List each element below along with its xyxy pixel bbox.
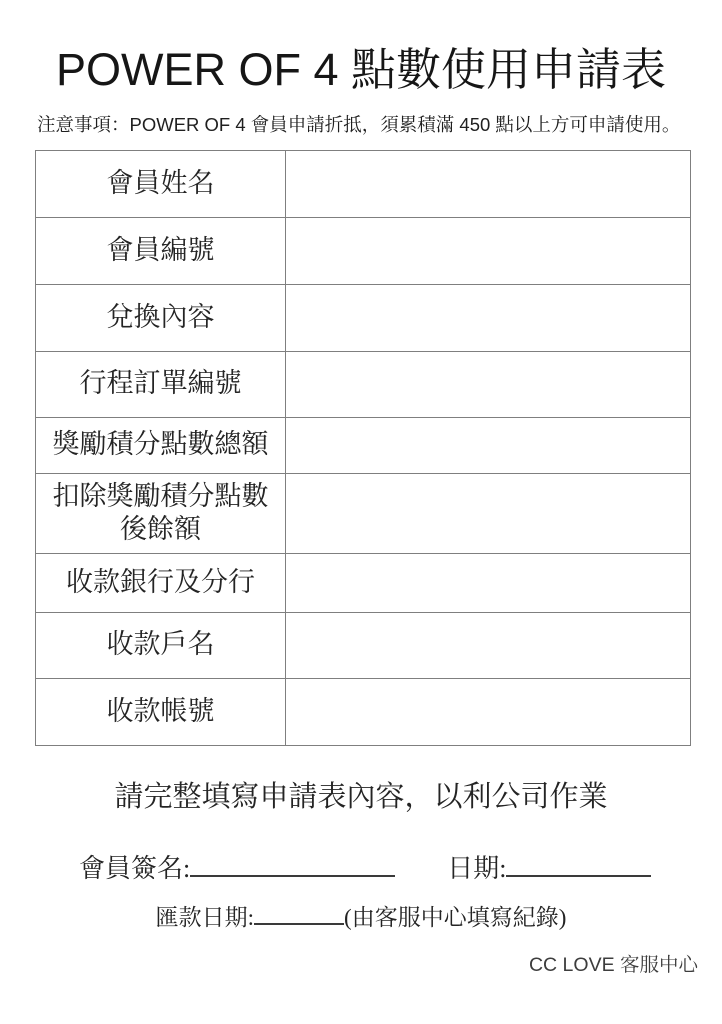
service-center-signoff: CC LOVE 客服中心 — [0, 949, 698, 977]
field-member-id[interactable] — [286, 217, 691, 284]
table-row: 獎勵積分點數總額 — [36, 417, 691, 473]
field-balance-after-deduction[interactable] — [286, 473, 691, 553]
row-label-member-id: 會員編號 — [36, 217, 286, 284]
remittance-fill-line[interactable] — [254, 900, 344, 925]
remittance-note: (由客服中心填寫紀錄) — [344, 905, 566, 930]
field-redeem-content[interactable] — [286, 284, 691, 351]
date-fill-line[interactable] — [506, 849, 651, 877]
table-row: 兌換內容 — [36, 284, 691, 351]
table-row: 會員姓名 — [36, 150, 691, 217]
signature-fill-line[interactable] — [190, 849, 395, 877]
date-label: 日期: — [447, 854, 506, 883]
remittance-date-label: 匯款日期: — [156, 905, 254, 930]
table-row: 收款戶名 — [36, 612, 691, 678]
row-label-reward-points-total: 獎勵積分點數總額 — [36, 417, 286, 473]
remittance-line: 匯款日期:(由客服中心填寫紀錄) — [0, 899, 722, 932]
row-label-redeem-content: 兌換內容 — [36, 284, 286, 351]
row-label-account-name: 收款戶名 — [36, 612, 286, 678]
field-account-number[interactable] — [286, 678, 691, 745]
field-reward-points-total[interactable] — [286, 417, 691, 473]
instruction-text: 請完整填寫申請表內容，以利公司作業 — [0, 774, 722, 815]
field-account-name[interactable] — [286, 612, 691, 678]
row-label-trip-order-no: 行程訂單編號 — [36, 351, 286, 417]
row-label-member-name: 會員姓名 — [36, 150, 286, 217]
row-label-balance-after-deduction: 扣除獎勵積分點數 後餘額 — [36, 473, 286, 553]
row-label-account-number: 收款帳號 — [36, 678, 286, 745]
table-row: 扣除獎勵積分點數 後餘額 — [36, 473, 691, 553]
notice-text: 注意事項：POWER OF 4 會員申請折抵，須累積滿 450 點以上方可申請使… — [37, 113, 696, 137]
signature-line: 會員簽名:日期: — [79, 848, 722, 885]
table-row: 會員編號 — [36, 217, 691, 284]
application-form-page: POWER OF 4 點數使用申請表 注意事項：POWER OF 4 會員申請折… — [0, 0, 722, 1024]
table-row: 收款銀行及分行 — [36, 553, 691, 612]
field-member-name[interactable] — [286, 150, 691, 217]
row-label-receiving-bank-branch: 收款銀行及分行 — [36, 553, 286, 612]
table-row: 行程訂單編號 — [36, 351, 691, 417]
field-receiving-bank-branch[interactable] — [286, 553, 691, 612]
table-row: 收款帳號 — [36, 678, 691, 745]
page-title: POWER OF 4 點數使用申請表 — [0, 44, 722, 96]
field-trip-order-no[interactable] — [286, 351, 691, 417]
application-form-table: 會員姓名 會員編號 兌換內容 行程訂單編號 獎勵積分點數總額 扣除獎勵積分點數 … — [35, 150, 691, 746]
signature-label: 會員簽名: — [79, 854, 190, 883]
